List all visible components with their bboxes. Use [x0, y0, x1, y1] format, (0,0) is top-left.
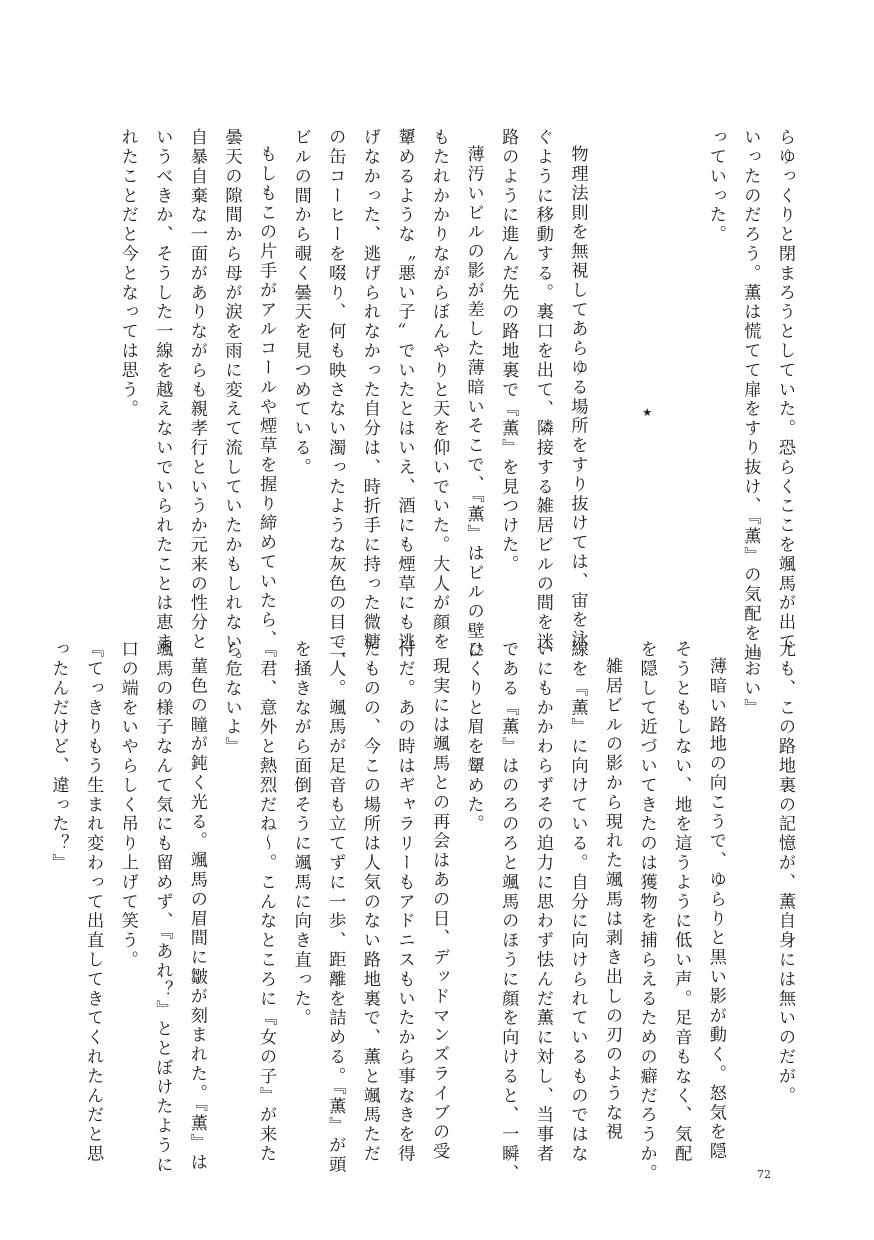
dialogue-line: 『おい』 [733, 640, 768, 1120]
blank-line [594, 128, 629, 608]
text-line: 二人。颯馬が足音も立てずに一歩、距離を詰める。『薫』が頭 [318, 640, 353, 1120]
text-line: いにもかかわらずその迫力に思わず怯んだ薫に対し、当事者 [525, 640, 560, 1120]
text-line: 現実には颯馬との再会はあの日、デッドマンズライブの受 [421, 640, 456, 1120]
text-line: 雑居ビルの影から現れた颯馬は剥き出しの刃のような視 [594, 640, 629, 1120]
text-line: 付だ。あの時はギャラリーもアドニスもいたから事なきを得 [387, 640, 422, 1120]
dialogue-line: 『てっきりもう生まれ変わって出直してきてくれたんだと思 [76, 640, 111, 1120]
text-line: の缶コーヒーを啜り、何も映さない濁ったような灰色の目で、 [318, 128, 353, 608]
text-line: れたことだと今となっては思う。 [110, 128, 145, 608]
text-line: 顰めるような〝悪い子〟でいたとはいえ、酒にも煙草にも逃 [387, 128, 422, 608]
blank-line [664, 128, 699, 608]
text-line: 自暴自棄な一面がありながらも親孝行というか元来の性分と [179, 128, 214, 608]
text-line: 口の端をいやらしく吊り上げて笑う。 [110, 640, 145, 1120]
text-line: 曇天の隙間から母が涙を雨に変えて流していたかもしれない。 [214, 128, 249, 608]
top-text-block: らゆっくりと閉まろうとしていた。恐らくここを颯馬が出て いったのだろう。薫は慌て… [110, 128, 802, 608]
text-line: 線を『薫』に向けている。自分に向けられているものではな [560, 640, 595, 1120]
scene-break-star-icon: ★ [629, 128, 664, 608]
text-line: 菫色の瞳が鈍く光る。颯馬の眉間に皺が刻まれた。『薫』は [179, 640, 214, 1120]
text-line: っていった。 [698, 128, 733, 608]
text-line: たものの、今この場所は人気のない路地裏で、薫と颯馬ただ [352, 640, 387, 1120]
text-line: いったのだろう。薫は慌てて扉をすり抜け、『薫』の気配を辿 [733, 128, 768, 608]
text-line: もしもこの片手がアルコールや煙草を握り締めていたら、 [249, 128, 284, 608]
text-line: もたれかかりながらぼんやりと天を仰いでいた。大人が顔を [421, 128, 456, 608]
bottom-text-block: 尤も、この路地裏の記憶が、薫自身には無いのだが。 『おい』 薄暗い路地の向こうで… [41, 640, 802, 1120]
page-number: 72 [757, 1168, 771, 1181]
text-line: を掻きながら面倒そうに颯馬に向き直った。 [283, 640, 318, 1120]
dialogue-line: 『君、意外と熱烈だね～。こんなところに『女の子』が来た [249, 640, 284, 1120]
text-line: 物理法則を無視してあらゆる場所をすり抜けては、宙を泳 [560, 128, 595, 608]
text-line: らゆっくりと閉まろうとしていた。恐らくここを颯馬が出て [767, 128, 802, 608]
text-line: ビルの間から覗く曇天を見つめている。 [283, 128, 318, 608]
text-line: 薄暗い路地の向こうで、ゆらりと黒い影が動く。怒気を隠 [698, 640, 733, 1120]
text-line: 薄汚いビルの影が差した薄暗いそこで、『薫』はビルの壁に [456, 128, 491, 608]
text-line: ぐように移動する。裏口を出て、隣接する雑居ビルの間を迷 [525, 128, 560, 608]
text-line: 路のように進んだ先の路地裏で『薫』を見つけた。 [491, 128, 526, 608]
text-line: ひくりと眉を顰めた。 [456, 640, 491, 1120]
dialogue-line: ったんだけど、違った？』 [41, 640, 76, 1120]
text-line: そうともしない、地を這うように低い声。足音もなく、気配 [664, 640, 699, 1120]
text-line: げなかった、逃げられなかった自分は、時折手に持った微糖 [352, 128, 387, 608]
text-line: を隠して近づいてきたのは獲物を捕らえるための癖だろうか。 [629, 640, 664, 1120]
text-line: である『薫』はのろのろと颯馬のほうに顔を向けると、一瞬、 [491, 640, 526, 1120]
text-line: 颯馬の様子なんて気にも留めず、『あれ？』ととぼけたように [145, 640, 180, 1120]
text-line: いうべきか、そうした一線を越えないでいられたことは恵ま [145, 128, 180, 608]
text-line: 尤も、この路地裏の記憶が、薫自身には無いのだが。 [767, 640, 802, 1120]
dialogue-line: ら危ないよ』 [214, 640, 249, 1120]
